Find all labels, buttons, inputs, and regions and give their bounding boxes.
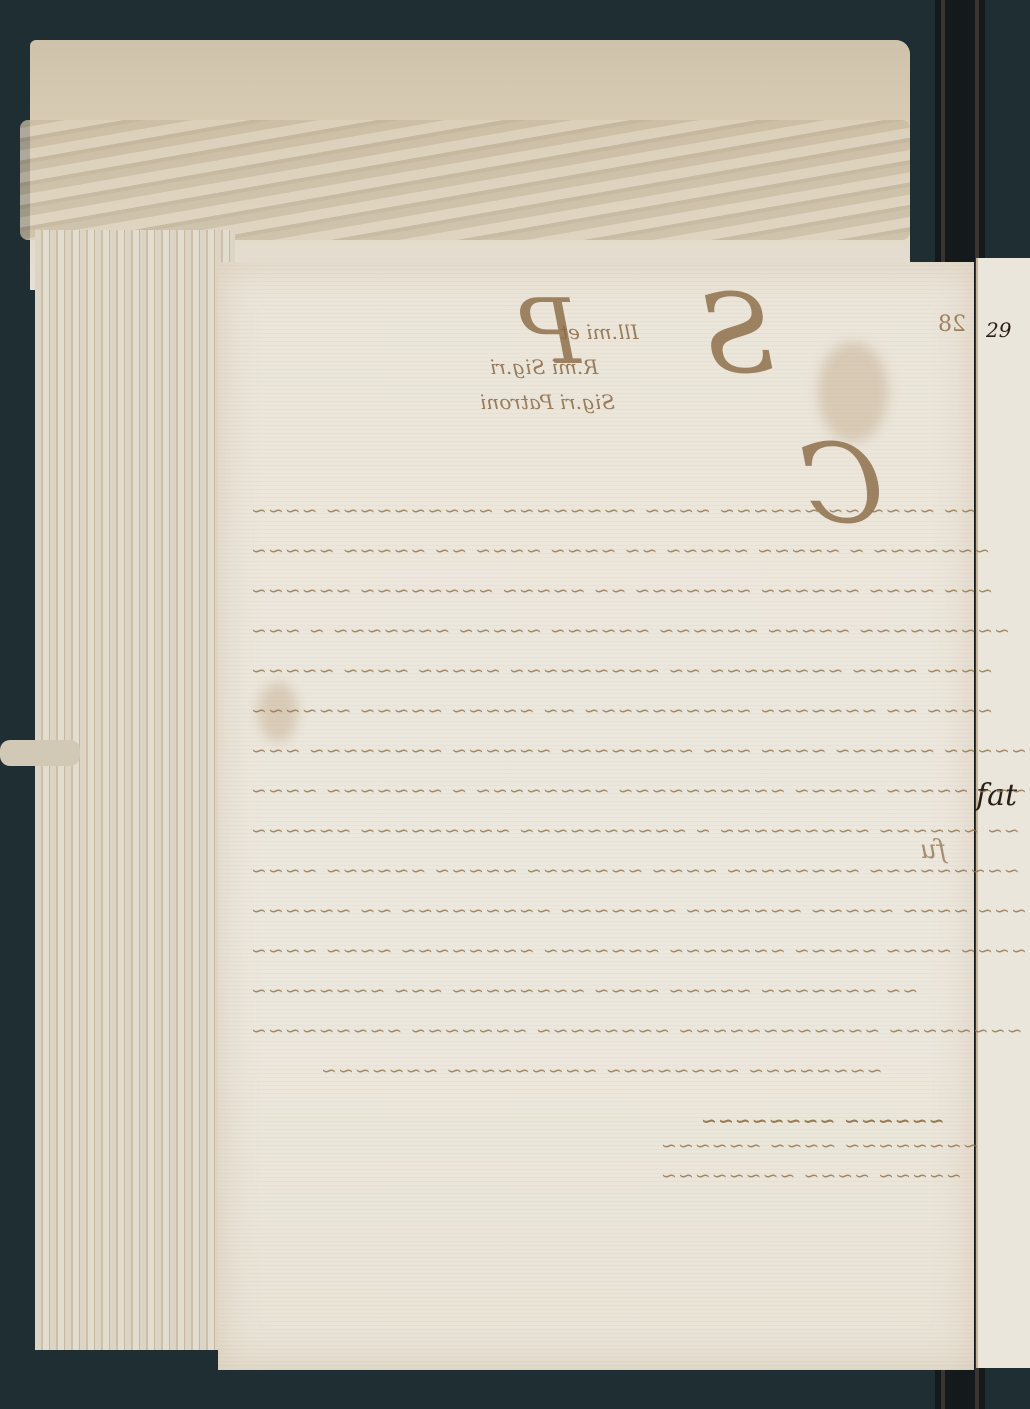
body-line: ~~ ~~~~ ~~ ~~~~~~ ~~~~ ~~~~~~~~ ~~~~~~~~… xyxy=(250,500,950,522)
decorative-initial: C xyxy=(800,420,884,548)
body-line: ~~~~ ~~~~~ ~~~~~ ~~~~~~~~~~ ~~~~~~~~ ~ ~… xyxy=(250,780,950,802)
header-line: R.mi Sig.ri xyxy=(490,355,598,379)
body-line: ~~~ ~~~~ ~~~~~ ~~~~~~~ ~~~~~~~ ~~~~~~~~~… xyxy=(250,900,950,922)
body-line: ~~~~ ~~~~ ~~~~~ ~~~~~~~ ~~~~~~~ ~~~~~~~~… xyxy=(250,940,950,962)
facing-folio-number: 29 xyxy=(986,318,1011,342)
decorative-initial: S xyxy=(700,270,775,398)
folio-mark: 28 xyxy=(938,312,966,337)
body-line: ~~~~~~~~~ ~~~~~~~~ ~~~~ ~~~~~~~ ~~~~~ ~~… xyxy=(250,860,950,882)
body-line: ~~ ~~~~~~~ ~~~~~ ~~~~ ~~~~~~~~ ~~~ ~~~~~… xyxy=(250,980,950,1002)
body-line: ~~~~~~~~ ~~~~~~~~~~~~ ~~~~~~~~ ~~~~~~~ ~… xyxy=(250,1020,950,1042)
body-line: ~~~~ ~~ ~~~~~~~ ~~~~~~~~~~ ~~ ~~~~~ ~~~~… xyxy=(250,700,950,722)
body-line: ~~~ ~~~~ ~~~~~~ ~~~~~~~ ~~ ~~~~~ ~~~~~~~… xyxy=(250,580,950,602)
closing-line: ~~~~~~~~ ~~~~~~~~ ~~~~~~~~~ ~~~~~~~ xyxy=(320,1060,820,1082)
header-line: Sig.ri Patroni xyxy=(480,390,615,414)
facing-page: 29 fat xyxy=(976,258,1030,1368)
body-line: ~~~~~~~ ~ ~~~~~ ~~~~~ ~~ ~~~~ ~~~~ ~~ ~~… xyxy=(250,540,950,562)
body-line: ~~ ~~~~~~ ~~~~~~~~~ ~ ~~~~~~~~~~ ~~~~~~~… xyxy=(250,820,950,842)
page-stack-edge xyxy=(35,230,235,1350)
body-line: ~~~~~~~~~ ~~~~~ ~~~~~~ ~~~~~~ ~~~~~ ~~~~… xyxy=(250,620,950,642)
margin-note: fu xyxy=(920,835,946,865)
body-line: ~~~~~~~ ~~~~~~ ~~~~ ~~~ ~~~~~~~~ ~~~~~~ … xyxy=(250,740,950,762)
signature-line: ~~~~~~~~ ~~~~ ~~~~~~ xyxy=(660,1135,960,1157)
binding-tie xyxy=(0,740,80,766)
body-line: ~~~~ ~~~~ ~~~~~~~~ ~~ ~~~~~~~~~ ~~~~~ ~~… xyxy=(250,660,950,682)
signature-line: ~~~~~ ~~~~ ~~~~~~~~ xyxy=(660,1165,960,1187)
crumpled-leaves xyxy=(20,120,910,240)
signature-line: ~~~~~~ ~~~~~~~~ xyxy=(700,1110,950,1132)
header-line: Ill.mi et xyxy=(560,320,639,344)
